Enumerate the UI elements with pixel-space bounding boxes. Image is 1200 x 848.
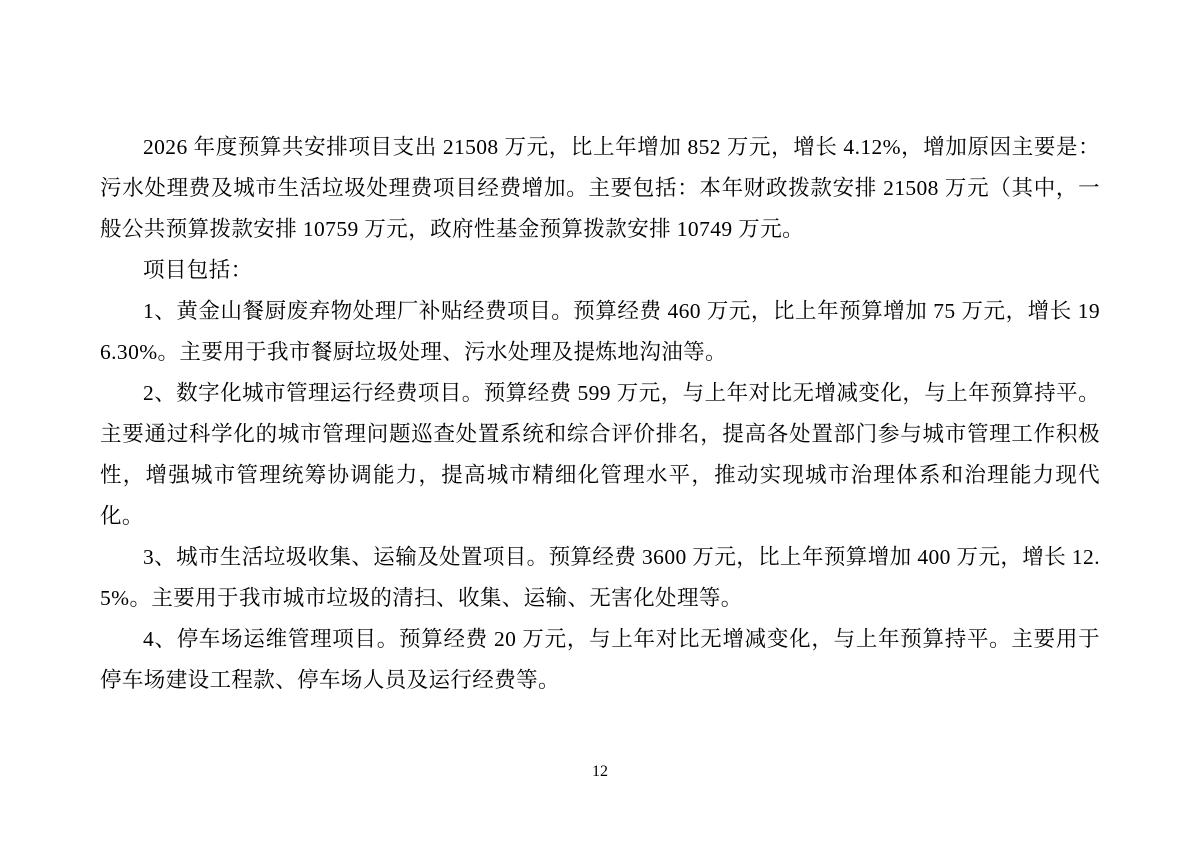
document-page: 2026 年度预算共安排项目支出 21508 万元，比上年增加 852 万元，增… xyxy=(0,0,1200,848)
document-body: 2026 年度预算共安排项目支出 21508 万元，比上年增加 852 万元，增… xyxy=(100,127,1100,701)
page-number: 12 xyxy=(0,764,1200,780)
paragraph-budget-overview: 2026 年度预算共安排项目支出 21508 万元，比上年增加 852 万元，增… xyxy=(100,127,1100,250)
paragraph-projects-intro: 项目包括： xyxy=(100,250,1100,291)
paragraph-project-item-4: 4、停车场运维管理项目。预算经费 20 万元，与上年对比无增减变化，与上年预算持… xyxy=(100,619,1100,701)
paragraph-project-item-2: 2、数字化城市管理运行经费项目。预算经费 599 万元，与上年对比无增减变化，与… xyxy=(100,373,1100,537)
paragraph-project-item-3: 3、城市生活垃圾收集、运输及处置项目。预算经费 3600 万元，比上年预算增加 … xyxy=(100,537,1100,619)
paragraph-project-item-1: 1、黄金山餐厨废弃物处理厂补贴经费项目。预算经费 460 万元，比上年预算增加 … xyxy=(100,291,1100,373)
